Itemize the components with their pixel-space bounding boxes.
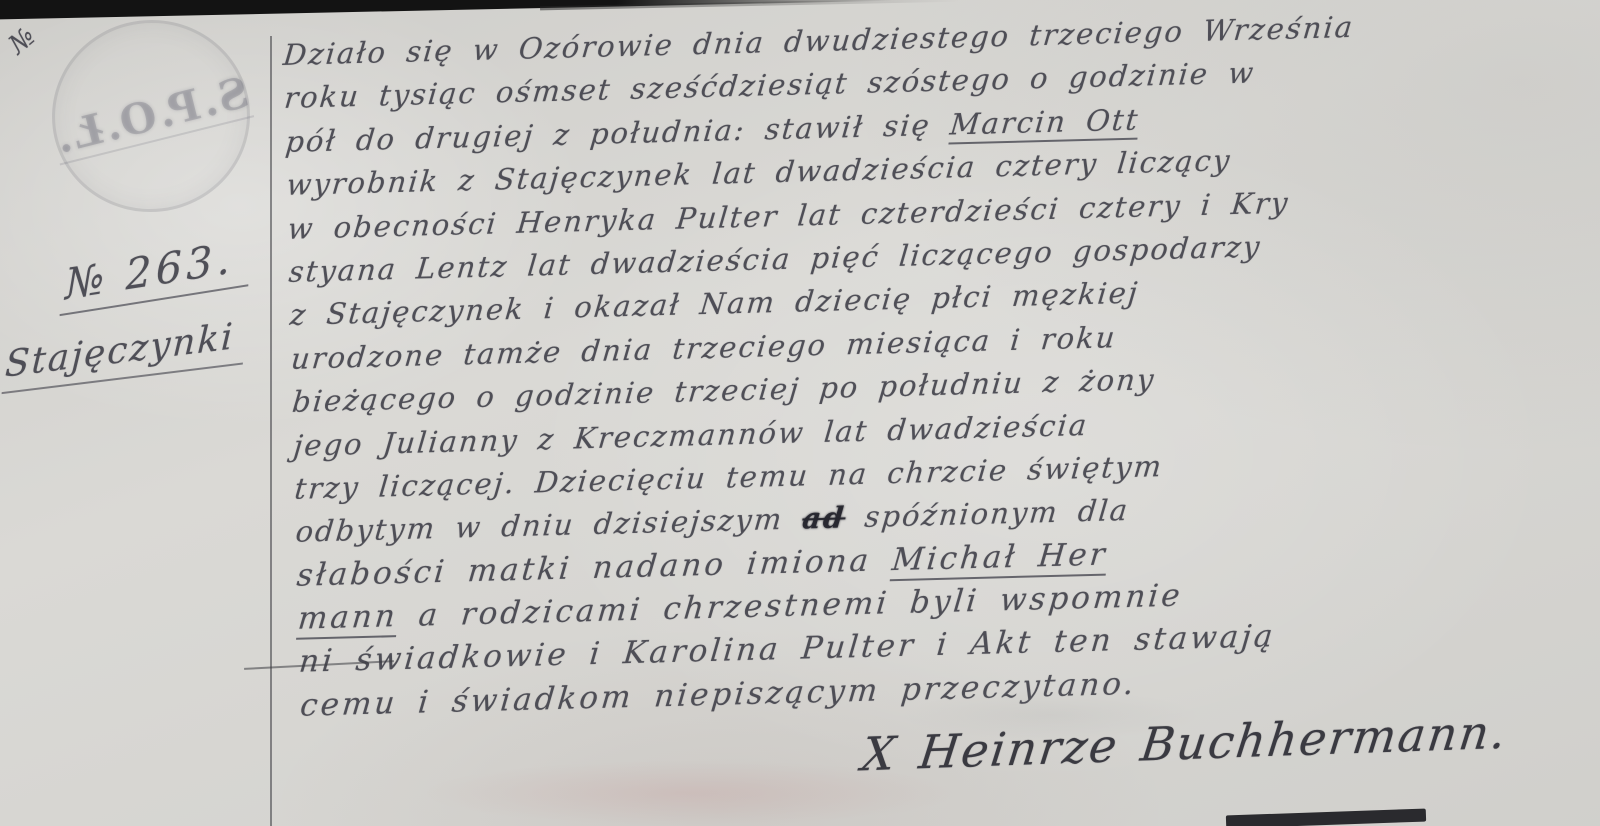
record-line-segment: odbytym w dniu dzisiejszym	[294, 502, 804, 549]
bleed-through-mark-2	[900, 690, 1200, 740]
underlined-father-name: Marcin Ott	[948, 102, 1141, 144]
record-line-segment: spóźnionym dla	[844, 493, 1131, 535]
margin-rule	[270, 36, 272, 826]
stamp-text: S.P.O.Ł.	[48, 67, 254, 165]
record-body: Działo się w Ozórowie dnia dwudziestego …	[280, 0, 1598, 728]
underlined-child-name: Michał Her	[890, 536, 1109, 581]
ink-stamp: S.P.O.Ł.	[41, 9, 261, 224]
underlined-child-name-cont: mann	[296, 598, 400, 640]
margin-place-name: Stajęczynki	[2, 315, 246, 394]
scan-bottom-bar	[1226, 809, 1426, 826]
corner-mark: №	[3, 22, 41, 61]
scanned-record-page: S.P.O.Ł. № № 263. Stajęczynki Działo się…	[0, 0, 1600, 826]
bleed-through-mark	[420, 760, 960, 826]
act-number: № 263.	[59, 231, 248, 316]
struck-word: ad	[801, 501, 847, 536]
